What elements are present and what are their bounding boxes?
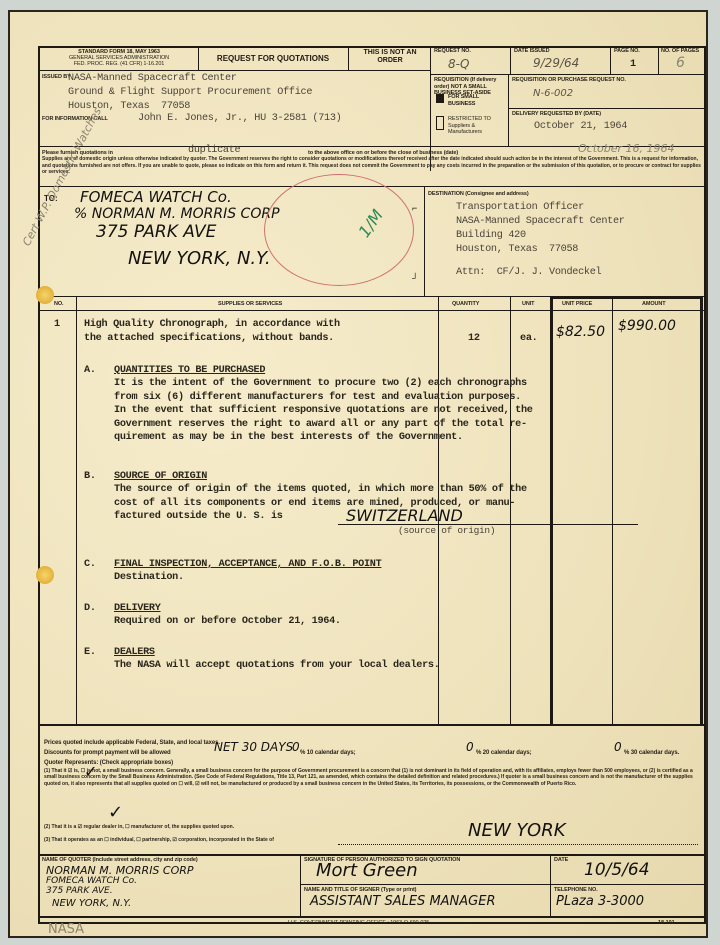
- section-c-heading: FINAL INSPECTION, ACCEPTANCE, AND F.O.B.…: [114, 558, 381, 572]
- source-of-origin-value: SWITZERLAND: [346, 506, 463, 525]
- restricted-checkbox[interactable]: [436, 116, 444, 130]
- item-description: High Quality Chronograph, in accordance …: [84, 318, 340, 345]
- issued-by-label: ISSUED BY: [42, 74, 71, 81]
- col-header-no: NO.: [54, 301, 63, 308]
- discount-net-30: NET 30 DAYS: [214, 740, 293, 754]
- section-e-letter: E.: [84, 646, 96, 660]
- signer-title: ASSISTANT SALES MANAGER: [310, 894, 496, 909]
- item-unit: ea.: [520, 332, 537, 346]
- section-a-body: It is the intent of the Government to pr…: [114, 377, 533, 445]
- col-header-unit: UNIT: [522, 301, 534, 308]
- to-corner-mark-bottom: ┘: [412, 274, 418, 283]
- col-header-supplies: SUPPLIES OR SERVICES: [218, 301, 282, 308]
- nasa-pencil-stamp: NASA: [48, 922, 84, 937]
- discount-label: Discounts for prompt payment will be all…: [44, 750, 171, 757]
- quoter-represents-label: Quoter Represents: (Check appropriate bo…: [44, 760, 173, 767]
- of-pages-label: NO. OF PAGES: [661, 48, 699, 55]
- not-an-order-notice: THIS IS NOT AN ORDER: [352, 49, 428, 65]
- fed-proc-line: FED. PROC. REG. (41 CFR) 1-16.201: [44, 61, 194, 68]
- item-quantity: 12: [468, 332, 480, 346]
- of-pages-value: 6: [676, 55, 685, 71]
- form-number: 18-101: [658, 920, 675, 927]
- representation-3: (3) That it operates as an ☐ individual,…: [44, 837, 274, 844]
- discount-3-suffix: % 30 calendar days.: [624, 750, 679, 757]
- requisition-label: REQUISITION OR PURCHASE REQUEST NO.: [512, 77, 626, 84]
- to-line-2: % NORMAN M. MORRIS CORP: [74, 206, 280, 222]
- will-not-checkmark-icon: ✓: [108, 802, 123, 823]
- item-amount: $990.00: [618, 318, 676, 334]
- col-header-amount: AMOUNT: [642, 301, 666, 308]
- section-a-letter: A.: [84, 364, 96, 378]
- section-c-body: Destination.: [114, 571, 184, 585]
- small-business-label: FOR SMALL BUSINESS: [448, 94, 506, 107]
- delivery-by-label: DELIVERY REQUESTED BY (DATE): [512, 111, 601, 118]
- section-a-heading: QUANTITIES TO BE PURCHASED: [114, 364, 265, 378]
- discount-3-pct: 0: [614, 740, 622, 754]
- representation-1: (1) That it ☑ is, ☐ is not, a small busi…: [44, 768, 700, 787]
- to-corner-mark-top: ⌐: [412, 204, 417, 213]
- delivery-by-date: October 21, 1964: [534, 120, 627, 134]
- destination-attn: Attn: CF/J. J. Vondeckel: [456, 266, 601, 280]
- discount-1-pct: 0: [292, 740, 300, 754]
- signature[interactable]: Mort Green: [316, 860, 418, 881]
- date-issued-label: DATE ISSUED: [514, 48, 549, 55]
- discount-2-suffix: % 20 calendar days;: [476, 750, 531, 757]
- request-no-value: 8-Q: [448, 57, 469, 71]
- discount-1-suffix: % 10 calendar days;: [300, 750, 355, 757]
- binder-hole-bottom: [36, 566, 54, 584]
- request-no-label: REQUEST NO.: [434, 48, 471, 55]
- to-line-3: 375 PARK AVE: [96, 222, 216, 242]
- destination-label: DESTINATION (Consignee and address): [428, 191, 529, 198]
- page-no-value: 1: [630, 58, 636, 72]
- section-e-body: The NASA will accept quotations from you…: [114, 659, 440, 673]
- state-of-incorporation: NEW YORK: [468, 820, 566, 841]
- item-no: 1: [54, 318, 60, 332]
- quoter-name-line-3: 375 PARK AVE.: [46, 886, 113, 896]
- small-business-checkbox[interactable]: [436, 94, 444, 103]
- representation-2: (2) That it is a ☑ regular dealer in, ☐ …: [44, 824, 234, 831]
- quoter-name-line-4: NEW YORK, N.Y.: [52, 898, 131, 909]
- form-title: REQUEST FOR QUOTATIONS: [200, 54, 346, 63]
- col-header-unit-price: UNIT PRICE: [562, 301, 592, 308]
- page-no-label: PAGE NO.: [614, 48, 640, 55]
- furnish-date: October 16, 1964: [578, 142, 675, 155]
- restricted-label: RESTRICTED TO Suppliers & Manufacturers: [448, 116, 506, 136]
- instructions-text: Supplies are of domestic origin unless o…: [42, 156, 702, 176]
- phone-label: TELEPHONE NO.: [554, 887, 598, 894]
- taxes-note: Prices quoted include applicable Federal…: [44, 740, 220, 747]
- gpo-imprint: U.S. GOVERNMENT PRINTING OFFICE : 1963-O…: [288, 920, 429, 927]
- destination-line-1: Transportation Officer: [456, 201, 584, 215]
- destination-line-4: Houston, Texas 77058: [456, 243, 578, 257]
- quoter-name-label: NAME OF QUOTER (Include street address, …: [42, 857, 198, 864]
- section-d-letter: D.: [84, 602, 96, 616]
- date-label: DATE: [554, 857, 568, 864]
- red-circle-mark: [264, 174, 414, 286]
- discount-2-pct: 0: [466, 740, 474, 754]
- destination-line-3: Building 420: [456, 229, 526, 243]
- small-business-checkmark-icon: ✓: [84, 762, 97, 781]
- to-line-4: NEW YORK, N.Y.: [128, 248, 271, 269]
- quote-date: 10/5/64: [584, 860, 650, 880]
- col-header-quantity: QUANTITY: [452, 301, 479, 308]
- request-for-quotations-form: STANDARD FORM 18, MAY 1963 GENERAL SERVI…: [38, 46, 706, 924]
- destination-line-2: NASA-Manned Spacecraft Center: [456, 215, 625, 229]
- section-e-heading: DEALERS: [114, 646, 155, 660]
- date-issued-value: 9/29/64: [533, 56, 579, 70]
- issued-by-line-1: NASA-Manned Spacecraft Center: [68, 72, 237, 86]
- phone-number: PLaza 3-3000: [556, 894, 644, 909]
- source-of-origin-caption: (source of origin): [398, 524, 495, 538]
- signer-title-label: NAME AND TITLE OF SIGNER (Type or print): [304, 887, 416, 894]
- section-d-body: Required on or before October 21, 1964.: [114, 615, 341, 629]
- to-line-1: FOMECA WATCH Co.: [80, 188, 232, 206]
- requisition-no: N-6-002: [533, 88, 573, 99]
- document-sheet: STANDARD FORM 18, MAY 1963 GENERAL SERVI…: [8, 10, 708, 938]
- issued-by-line-2: Ground & Flight Support Procurement Offi…: [68, 86, 312, 100]
- section-b-letter: B.: [84, 470, 96, 484]
- item-unit-price: $82.50: [556, 324, 605, 340]
- section-d-heading: DELIVERY: [114, 602, 161, 616]
- section-c-letter: C.: [84, 558, 96, 572]
- binder-hole-top: [36, 286, 54, 304]
- quoter-name-line-2: FOMECA WATCH Co.: [46, 876, 137, 886]
- section-b-body: The source of origin of the items quoted…: [114, 483, 527, 524]
- section-b-heading: SOURCE OF ORIGIN: [114, 470, 207, 484]
- info-contact: John E. Jones, Jr., HU 3-2581 (713): [138, 112, 341, 126]
